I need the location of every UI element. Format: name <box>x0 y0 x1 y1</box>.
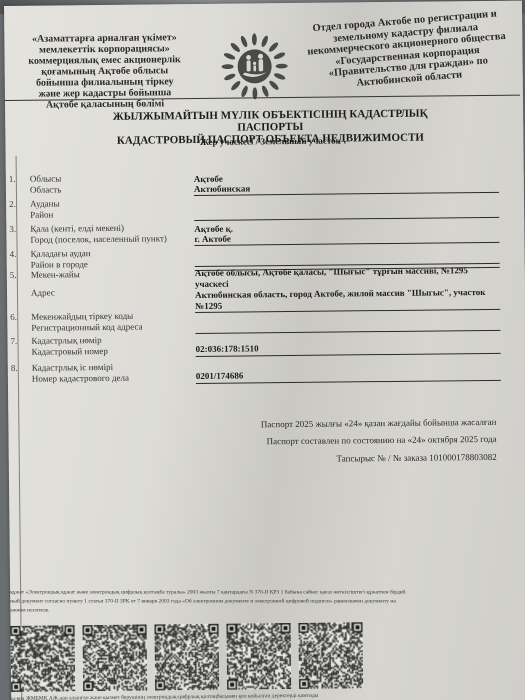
compiled-date-ru: Паспорт составлен по состоянию на «24» о… <box>267 434 497 446</box>
field-number: 1. <box>9 174 16 184</box>
field-label-kz: Мекен-жайы <box>31 269 80 281</box>
field-label-ru: Регистрационный код адреса <box>31 322 142 334</box>
legal-footer-note: ы-код ЖМБМК АЖ-дан алынған және қызмет б… <box>11 691 525 700</box>
field-number: 2. <box>9 199 16 209</box>
field-number: 4. <box>10 249 17 259</box>
field-value-ru <box>195 256 500 259</box>
field-label-ru: Адрес <box>31 287 55 298</box>
sun-family-emblem-icon <box>216 28 293 101</box>
field-value-kz <box>195 246 500 249</box>
header-org-ru: Отдел города Актобе по регистрации и зем… <box>302 8 512 93</box>
field-value-ru <box>195 319 500 322</box>
qr-codes <box>10 622 363 692</box>
compiled-date-kz: Паспорт 2025 жылғы «24» қазан жағдайы бо… <box>261 417 497 429</box>
field-value-ru <box>194 206 499 209</box>
field-label-kz: Ауданы <box>30 198 60 209</box>
document-subtitle: Жер учаскесі / Земельный участок <box>105 134 435 147</box>
field-label-kz: Кадастрлық нөмір <box>31 335 101 347</box>
field-number: 5. <box>10 270 17 280</box>
qr-code <box>154 624 219 691</box>
qr-code <box>82 625 147 692</box>
field-number: 6. <box>10 312 17 322</box>
field-label-ru: Номер кадастрового дела <box>32 373 129 385</box>
field-label-ru: Район <box>30 209 53 220</box>
field-value-kz: Ақтөбе облысы, Ақтөбе қаласы, "Шығыс" тұ… <box>195 265 500 290</box>
field-label-ru: Город (поселок, населенный пункт) <box>30 233 167 245</box>
legal-notice: құжат «Электрондық құжат және электронды… <box>10 588 525 615</box>
field-label-kz: Кадастрлық іс нөмірі <box>32 362 113 374</box>
qr-code <box>10 625 75 692</box>
legal-line-3: ажном носителе. <box>10 606 525 615</box>
field-label-ru: Кадастровый номер <box>32 346 108 358</box>
field-number: 7. <box>10 336 17 346</box>
qr-code <box>226 623 291 690</box>
field-number: 3. <box>9 224 16 234</box>
field-value-kz <box>194 196 499 199</box>
field-row: 8.Кадастрлық іс нөміріНомер кадастрового… <box>8 358 523 363</box>
field-line <box>195 330 500 334</box>
field-value-kz <box>196 360 501 363</box>
title-kz: ЖЫЛЖЫМАЙТЫН МҮЛІК ОБЪЕКТІСІНІҢ КАДАСТРЛЫ… <box>105 107 435 134</box>
cadastral-passport-page: «Азаматтарға арналған үкімет» мемлекетті… <box>4 1 525 700</box>
field-row: 1.ОблысыОбластьАқтөбе Актюбинская <box>6 169 521 174</box>
qr-code <box>298 622 363 689</box>
field-label-kz: Қаладағы аудан <box>31 248 91 260</box>
field-number: 8. <box>11 363 18 373</box>
field-label-ru: Область <box>30 184 61 195</box>
order-number: Тапсырыс № / № заказа 101000178803082 <box>336 452 496 464</box>
legal-line-1: құжат «Электрондық құжат және электронды… <box>10 588 525 597</box>
page-binding-edge <box>16 156 23 700</box>
field-value-ru: Актюбинская область, город Актобе, жилой… <box>195 287 500 312</box>
legal-line-2: ный документ согласно пункту 1 статьи 37… <box>10 597 525 606</box>
field-label-kz: Облысы <box>30 173 62 184</box>
